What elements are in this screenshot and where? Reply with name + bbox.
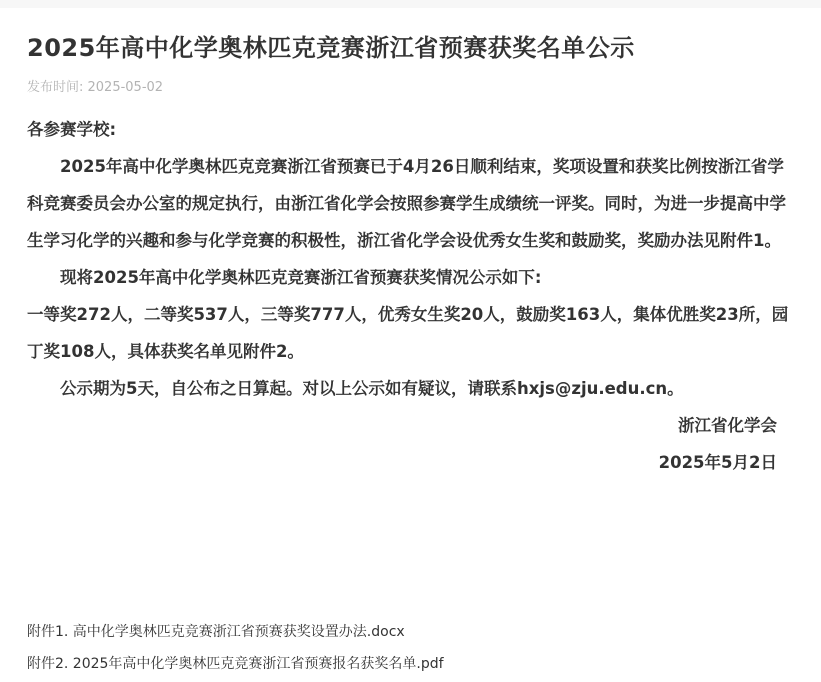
publish-time: 发布时间: 2025-05-02	[27, 79, 795, 97]
paragraph-announce-lead: 现将2025年高中化学奥林匹克竞赛浙江省预赛获奖情况公示如下:	[27, 259, 795, 296]
article-container: 2025年高中化学奥林匹克竞赛浙江省预赛获奖名单公示 发布时间: 2025-05…	[0, 32, 821, 680]
attachment-link-1[interactable]: 附件1. 高中化学奥林匹克竞赛浙江省预赛获奖设置办法.docx	[27, 616, 795, 648]
page-title: 2025年高中化学奥林匹克竞赛浙江省预赛获奖名单公示	[27, 32, 795, 65]
signature-date: 2025年5月2日	[27, 444, 795, 481]
paragraph-award-counts: 一等奖272人，二等奖537人，三等奖777人，优秀女生奖20人，鼓励奖163人…	[27, 296, 795, 370]
attachment-link-2[interactable]: 附件2. 2025年高中化学奥林匹克竞赛浙江省预赛报名获奖名单.pdf	[27, 648, 795, 680]
paragraph-intro: 2025年高中化学奥林匹克竞赛浙江省预赛已于4月26日顺利结束，奖项设置和获奖比…	[27, 148, 795, 259]
top-divider-strip	[0, 0, 821, 8]
attachments-list: 附件1. 高中化学奥林匹克竞赛浙江省预赛获奖设置办法.docx 附件2. 202…	[27, 616, 795, 680]
announcement-body: 各参赛学校: 2025年高中化学奥林匹克竞赛浙江省预赛已于4月26日顺利结束，奖…	[27, 111, 795, 481]
salutation: 各参赛学校:	[27, 111, 795, 148]
paragraph-publicity-period: 公示期为5天，自公布之日算起。对以上公示如有疑议，请联系hxjs@zju.edu…	[27, 370, 795, 407]
announcement-page: 2025年高中化学奥林匹克竞赛浙江省预赛获奖名单公示 发布时间: 2025-05…	[0, 0, 821, 682]
signature-organization: 浙江省化学会	[27, 407, 795, 444]
